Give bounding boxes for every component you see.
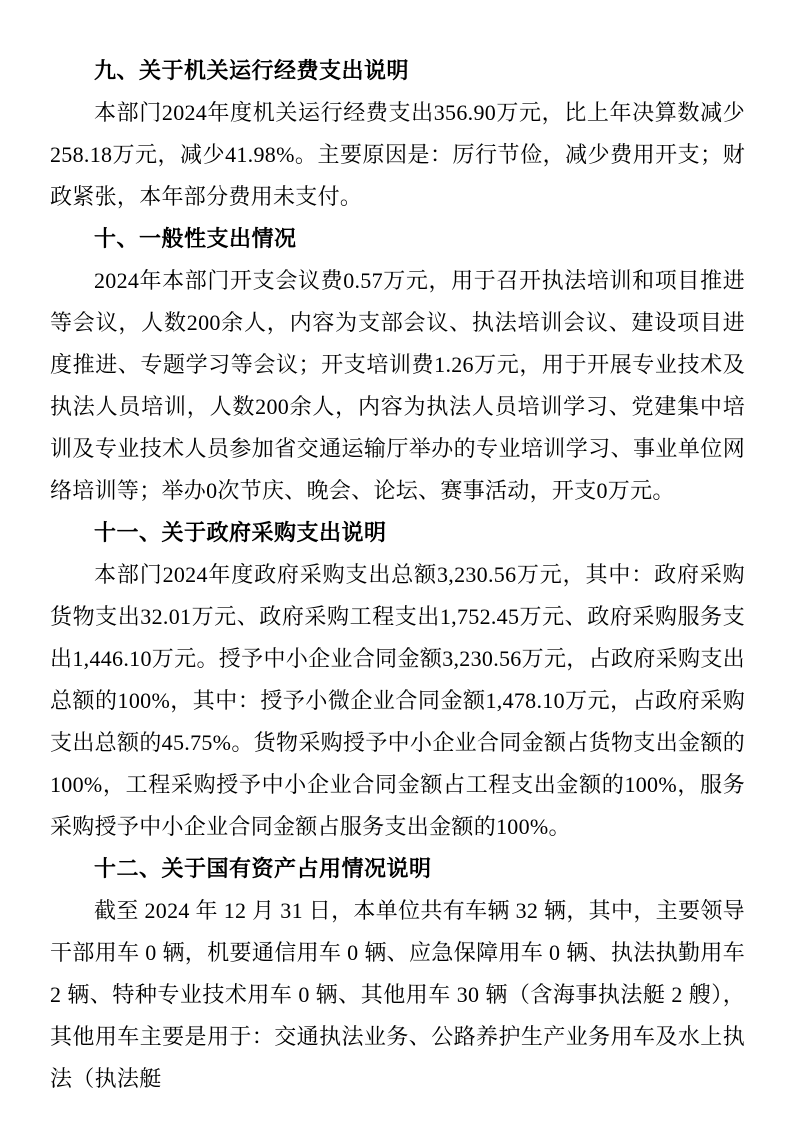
section-heading: 十、一般性支出情况 [50,218,745,260]
section-agency-operating-expenses: 九、关于机关运行经费支出说明 本部门2024年度机关运行经费支出356.90万元… [50,50,745,218]
document-page: 九、关于机关运行经费支出说明 本部门2024年度机关运行经费支出356.90万元… [0,0,793,1122]
section-government-procurement: 十一、关于政府采购支出说明 本部门2024年度政府采购支出总额3,230.56万… [50,512,745,848]
paragraph: 2024年本部门开支会议费0.57万元，用于召开执法培训和项目推进等会议，人数2… [50,260,745,512]
paragraph: 本部门2024年度机关运行经费支出356.90万元，比上年决算数减少258.18… [50,92,745,218]
section-heading: 十二、关于国有资产占用情况说明 [50,848,745,890]
paragraph: 截至 2024 年 12 月 31 日，本单位共有车辆 32 辆，其中，主要领导… [50,890,745,1100]
section-heading: 九、关于机关运行经费支出说明 [50,50,745,92]
section-heading: 十一、关于政府采购支出说明 [50,512,745,554]
section-general-expenditure: 十、一般性支出情况 2024年本部门开支会议费0.57万元，用于召开执法培训和项… [50,218,745,512]
paragraph: 本部门2024年度政府采购支出总额3,230.56万元，其中：政府采购货物支出3… [50,554,745,848]
section-state-owned-assets: 十二、关于国有资产占用情况说明 截至 2024 年 12 月 31 日，本单位共… [50,848,745,1100]
